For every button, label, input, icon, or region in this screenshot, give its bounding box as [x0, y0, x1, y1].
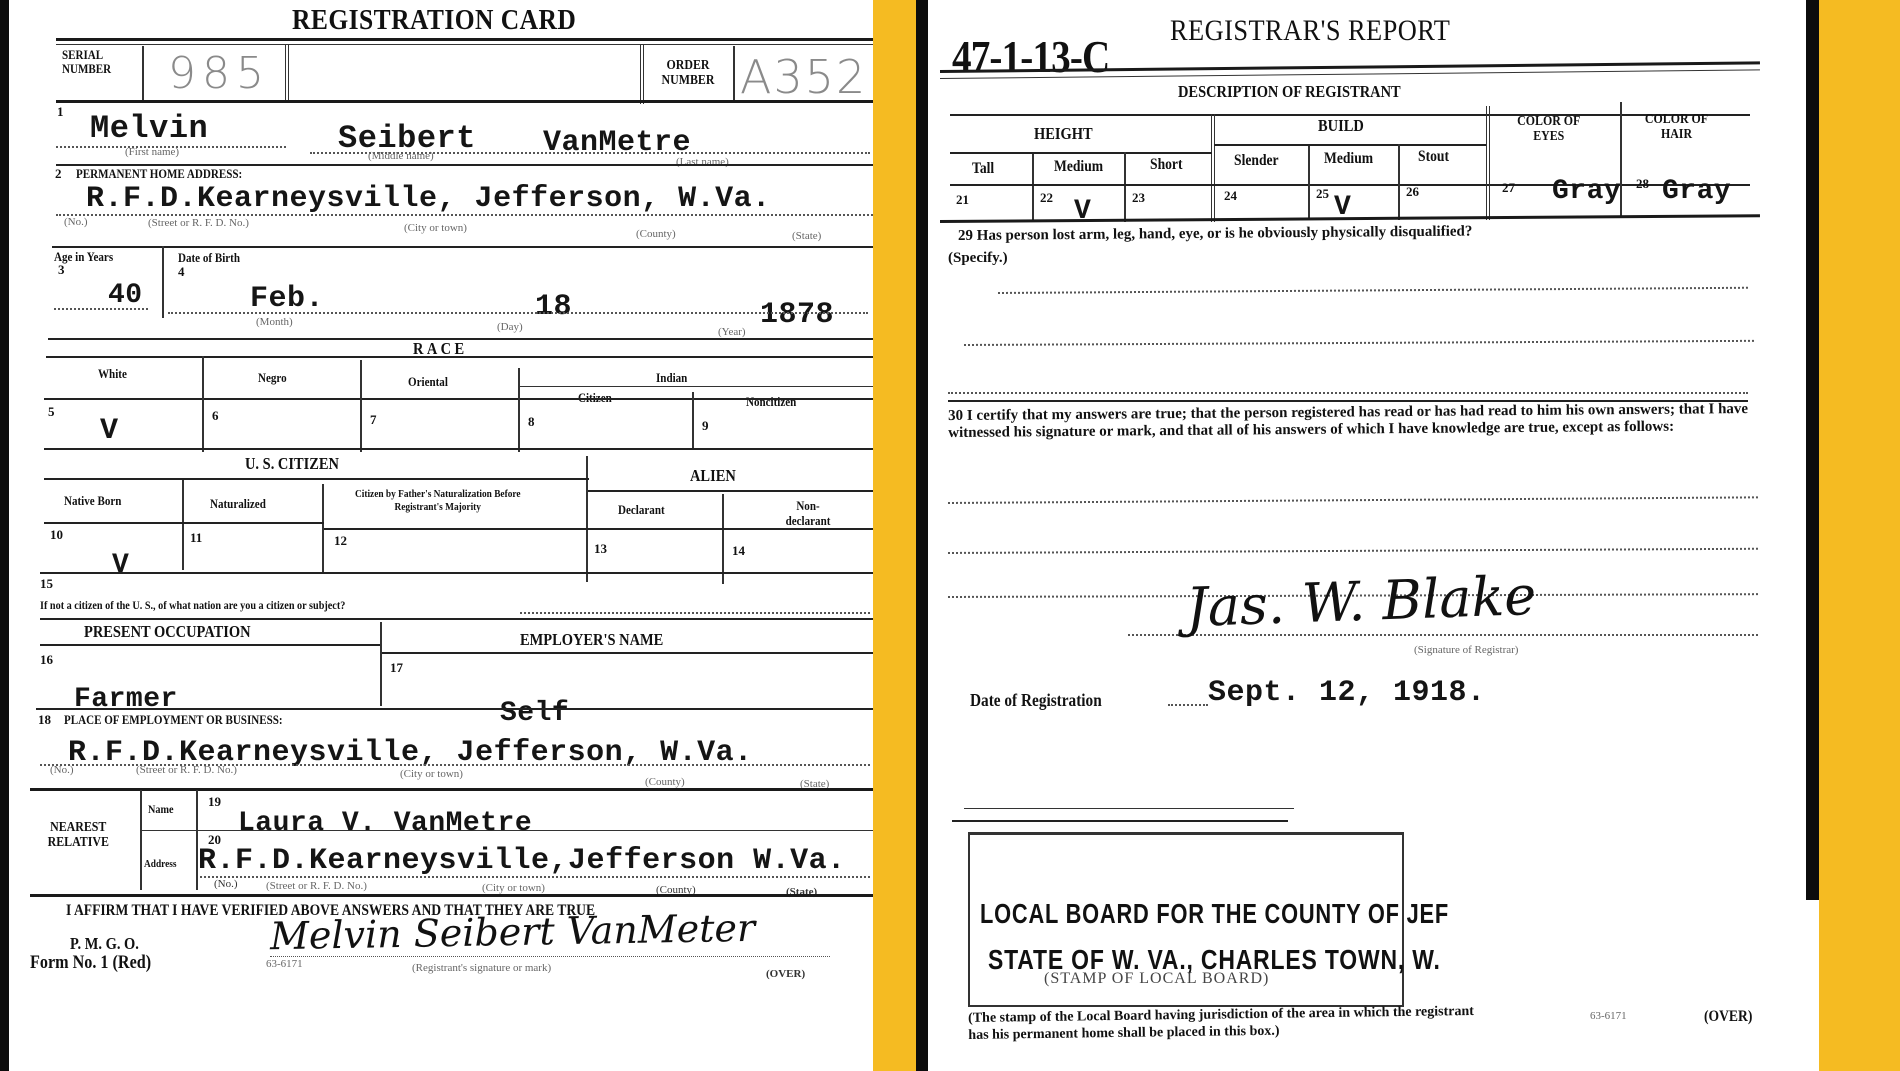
divider: [586, 456, 588, 582]
divider: [952, 820, 1288, 822]
first-name-value: Melvin: [90, 110, 208, 147]
field-number: 17: [390, 660, 403, 676]
build-heading: BUILD: [1318, 116, 1364, 136]
nearest-relative-label: NEAREST RELATIVE: [40, 820, 117, 850]
race-indian-heading: Indian: [656, 370, 687, 386]
non-declarant-label: Non-declarant: [774, 498, 842, 528]
field-29-text: Has person lost arm, leg, hand, eye, or …: [977, 224, 1473, 244]
field-number: 28: [1636, 176, 1649, 192]
divider: [40, 572, 873, 574]
divider: [950, 152, 1212, 154]
scan-border: [1806, 0, 1819, 900]
registration-date-label: Date of Registration: [970, 690, 1102, 711]
caption-street: (Street or R. F. D. No.): [136, 764, 237, 776]
field-number: 14: [732, 543, 745, 559]
last-name-value: VanMetre: [543, 126, 691, 160]
divider: [40, 644, 380, 646]
relative-name-label: Name: [148, 802, 174, 817]
first-name-caption: (First name): [125, 146, 179, 158]
underline: [200, 876, 870, 878]
field-number: 10: [50, 527, 63, 543]
field-number: 24: [1224, 188, 1237, 204]
print-code: 63-6171: [266, 958, 303, 970]
divider: [56, 100, 873, 103]
field-number: 19: [208, 794, 221, 810]
divider: [324, 528, 873, 530]
us-citizen-heading: U. S. CITIZEN: [245, 454, 339, 474]
divider: [733, 46, 735, 102]
height-tall-label: Tall: [972, 160, 994, 178]
field-number: 6: [212, 408, 219, 424]
registration-card: REGISTRATION CARD SERIAL NUMBER 985 ORDE…: [0, 0, 873, 1071]
caption-street: (Street or R. F. D. No.): [148, 217, 249, 229]
field-number: 1: [57, 104, 64, 120]
divider: [964, 808, 1294, 809]
divider: [950, 184, 1750, 186]
field-number: 15: [40, 576, 53, 592]
hair-color-heading: COLOR OF HAIR: [1634, 112, 1719, 142]
birth-year-value: 1878: [760, 298, 834, 332]
race-white-mark: V: [100, 414, 119, 448]
divider: [380, 622, 382, 706]
field-30-certification: 30 I certify that my answers are true; t…: [948, 401, 1748, 442]
registration-date-value: Sept. 12, 1918.: [1208, 676, 1486, 710]
scan-border: [0, 0, 9, 1071]
description-subtitle: DESCRIPTION OF REGISTRANT: [1178, 82, 1401, 102]
divider: [1398, 144, 1400, 220]
height-medium-label: Medium: [1054, 158, 1103, 176]
field-number: 11: [190, 530, 202, 546]
caption-city: (City or town): [482, 882, 545, 894]
height-short-label: Short: [1150, 156, 1182, 174]
height-medium-mark: V: [1074, 196, 1091, 227]
divider: [56, 44, 873, 45]
divider: [142, 46, 144, 100]
divider: [36, 708, 873, 710]
field-number: 16: [40, 652, 53, 668]
field-30-text: I certify that my answers are true; that…: [948, 401, 1748, 441]
occupation-heading: PRESENT OCCUPATION: [84, 622, 251, 642]
field-number: 8: [528, 414, 535, 430]
card-edge: [1806, 900, 1819, 1071]
field-number: 2: [55, 166, 62, 182]
foreign-nation-question: If not a citizen of the U. S., of what n…: [40, 598, 345, 613]
field-number: 22: [1040, 190, 1053, 206]
day-caption: (Day): [497, 321, 523, 333]
eye-color-heading: COLOR OF EYES: [1502, 114, 1596, 144]
divider: [202, 356, 204, 452]
divider: [382, 652, 873, 654]
field-number: 23: [1132, 190, 1145, 206]
race-oriental-label: Oriental: [408, 374, 448, 390]
field-number: 3: [58, 262, 65, 278]
specify-label: (Specify.): [948, 250, 1008, 267]
registrant-signature-caption: (Registrant's signature or mark): [412, 962, 551, 974]
hair-color-value: Gray: [1662, 176, 1731, 207]
report-title: REGISTRAR'S REPORT: [1170, 14, 1450, 48]
underline: [948, 496, 1758, 504]
month-caption: (Month): [256, 316, 293, 328]
employer-heading: EMPLOYER'S NAME: [520, 630, 663, 650]
caption-county: (County): [645, 776, 685, 788]
serial-number-value: 985: [168, 48, 270, 99]
underline: [948, 548, 1758, 554]
card-title: REGISTRATION CARD: [292, 4, 576, 37]
field-number: 18: [38, 712, 51, 728]
field-29-question: 29 Has person lost arm, leg, hand, eye, …: [958, 224, 1473, 245]
field-number: 30: [948, 408, 963, 424]
caption-county: (County): [636, 228, 676, 240]
field-number: 29: [958, 228, 973, 244]
field-number: 5: [48, 404, 55, 420]
birth-month-value: Feb.: [250, 282, 324, 316]
last-name-caption: (Last name): [676, 156, 729, 168]
order-number-label: ORDER NUMBER: [654, 58, 722, 88]
field-number: 12: [334, 533, 347, 549]
caption-state: (State): [792, 230, 821, 242]
over-label: (OVER): [766, 968, 805, 980]
form-id-line1: P. M. G. O.: [70, 934, 139, 954]
divider: [162, 246, 164, 318]
build-slender-label: Slender: [1234, 152, 1279, 170]
eye-color-value: Gray: [1552, 176, 1621, 207]
divider: [285, 44, 289, 102]
divider: [30, 894, 873, 897]
divider: [44, 398, 873, 400]
field-number: 4: [178, 264, 185, 280]
form-id-line2: Form No. 1 (Red): [30, 952, 151, 974]
stamp-note: (The stamp of the Local Board having jur…: [968, 1003, 1488, 1044]
registrar-signature: Jas. W. Blake: [1185, 564, 1537, 639]
order-number-value: A352: [740, 50, 867, 104]
divider: [46, 356, 873, 358]
stamp-caption: (STAMP OF LOCAL BOARD): [1044, 970, 1269, 988]
divider: [640, 44, 644, 104]
divider: [1124, 152, 1126, 222]
registrant-signature: Melvin Seibert VanMeter: [270, 906, 756, 958]
underline: [1168, 704, 1208, 706]
native-born-mark: V: [112, 550, 129, 581]
relative-address-label: Address: [144, 858, 177, 870]
divider: [44, 478, 589, 480]
occupation-value: Farmer: [74, 684, 178, 715]
field-number: 21: [956, 192, 969, 208]
divider: [52, 246, 873, 248]
underline: [998, 287, 1748, 294]
employer-value: Self: [500, 698, 569, 729]
field-number: 25: [1316, 186, 1329, 202]
home-address-label: PERMANENT HOME ADDRESS:: [76, 166, 242, 182]
relative-address-value: R.F.D.Kearneysville,Jefferson W.Va.: [198, 844, 846, 878]
field-number: 27: [1502, 180, 1515, 196]
caption-no: (No.): [50, 764, 74, 776]
field-number: 9: [702, 418, 709, 434]
middle-name-caption: (Middle name): [368, 150, 434, 162]
age-value: 40: [108, 280, 143, 311]
divider: [140, 790, 142, 890]
year-caption: (Year): [718, 326, 746, 338]
divider: [44, 522, 324, 524]
divider: [1308, 146, 1310, 220]
build-stout-label: Stout: [1418, 148, 1449, 166]
field-number: 26: [1406, 184, 1419, 200]
build-medium-label: Medium: [1324, 150, 1373, 168]
divider: [56, 38, 873, 41]
divider: [1486, 106, 1490, 220]
divider: [588, 490, 873, 492]
serial-number-label: SERIAL NUMBER: [62, 48, 130, 76]
underline: [948, 392, 1748, 394]
divider: [520, 386, 873, 387]
divider: [40, 618, 873, 620]
caption-city: (City or town): [400, 768, 463, 780]
serial-code: 47-1-13-C: [952, 30, 1109, 83]
divider: [1214, 144, 1486, 146]
dob-label: Date of Birth: [178, 250, 240, 266]
divider: [30, 788, 873, 791]
underline: [56, 214, 873, 216]
registrar-signature-caption: (Signature of Registrar): [1414, 644, 1518, 656]
native-born-label: Native Born: [64, 493, 121, 509]
field-number: 7: [370, 412, 377, 428]
underline: [54, 308, 148, 310]
registrars-report-card: 47-1-13-C REGISTRAR'S REPORT DESCRIPTION…: [928, 0, 1806, 1071]
race-negro-label: Negro: [258, 370, 287, 386]
divider: [44, 448, 873, 450]
divider: [692, 392, 694, 450]
underline: [270, 956, 830, 957]
divider: [518, 368, 520, 452]
race-white-label: White: [98, 366, 127, 382]
caption-street: (Street or R. F. D. No.): [266, 880, 367, 892]
birth-day-value: 18: [535, 290, 572, 324]
race-noncitizen-label: Noncitizen: [746, 394, 796, 410]
underline: [520, 612, 870, 614]
father-naturalization-label: Citizen by Father's Naturalization Befor…: [340, 488, 536, 514]
declarant-label: Declarant: [618, 502, 665, 518]
place-of-employment-label: PLACE OF EMPLOYMENT OR BUSINESS:: [64, 712, 283, 728]
underline: [168, 312, 868, 314]
divider: [182, 480, 184, 570]
height-heading: HEIGHT: [1034, 124, 1093, 144]
stamp-line-1: LOCAL BOARD FOR THE COUNTY OF JEF: [980, 898, 1449, 930]
caption-city: (City or town): [404, 222, 467, 234]
divider: [722, 494, 724, 584]
divider: [1211, 114, 1215, 222]
caption-no: (No.): [214, 878, 238, 890]
underline: [964, 340, 1754, 346]
naturalized-label: Naturalized: [210, 496, 266, 512]
alien-heading: ALIEN: [690, 466, 736, 486]
home-address-value: R.F.D.Kearneysville, Jefferson, W.Va.: [86, 182, 771, 216]
print-code: 63-6171: [1590, 1010, 1627, 1022]
relative-name-value: Laura V. VanMetre: [238, 808, 532, 839]
over-label: (OVER): [1704, 1008, 1752, 1026]
caption-no: (No.): [64, 216, 88, 228]
divider: [1032, 154, 1034, 222]
divider: [360, 360, 362, 452]
field-number: 13: [594, 541, 607, 557]
